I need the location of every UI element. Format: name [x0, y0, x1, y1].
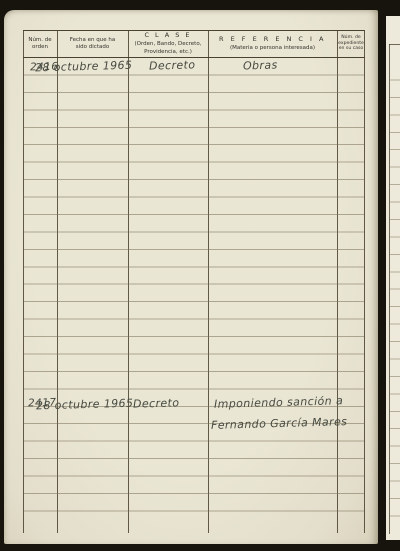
entry-date: 28 octubre 1965	[35, 59, 133, 75]
header-subtitle: (Orden, Bando, Decreto, Providencia, etc…	[128, 41, 208, 55]
scanned-document: Núm. de orden Fecha en que ha sido dicta…	[0, 0, 400, 551]
header-subtitle: (Materia o persona interesada)	[230, 45, 315, 52]
table-header: Núm. de orden Fecha en que ha sido dicta…	[23, 30, 365, 57]
ruled-rows	[24, 58, 364, 528]
header-label: Núm. de expediente en su caso	[338, 35, 364, 53]
ledger-table: Núm. de orden Fecha en que ha sido dicta…	[23, 30, 365, 533]
column-header-clase: C L A S E (Orden, Bando, Decreto, Provid…	[128, 30, 208, 57]
entry-class: Decreto	[149, 58, 196, 72]
entry-reference: Obras	[243, 59, 278, 73]
header-title: R E F E R E N C I A	[219, 35, 326, 43]
next-page-edge	[386, 16, 400, 540]
header-label: Núm. de orden	[25, 37, 55, 51]
next-page-ruled-rows	[390, 63, 400, 533]
ledger-page: Núm. de orden Fecha en que ha sido dicta…	[4, 10, 378, 544]
column-header-fecha: Fecha en que ha sido dictado	[57, 30, 128, 57]
entry-class: Decreto	[133, 396, 180, 410]
column-header-referencia: R E F E R E N C I A (Materia o persona i…	[208, 30, 337, 57]
header-label: Fecha en que ha sido dictado	[65, 37, 120, 51]
next-page-table-border	[389, 44, 400, 45]
column-header-num-expediente: Núm. de expediente en su caso	[337, 30, 365, 57]
column-line	[364, 30, 365, 533]
header-title: C L A S E	[144, 31, 191, 39]
column-header-num-orden: Núm. de orden	[23, 30, 57, 57]
entry-date: 28 octubre 1965	[36, 397, 134, 413]
